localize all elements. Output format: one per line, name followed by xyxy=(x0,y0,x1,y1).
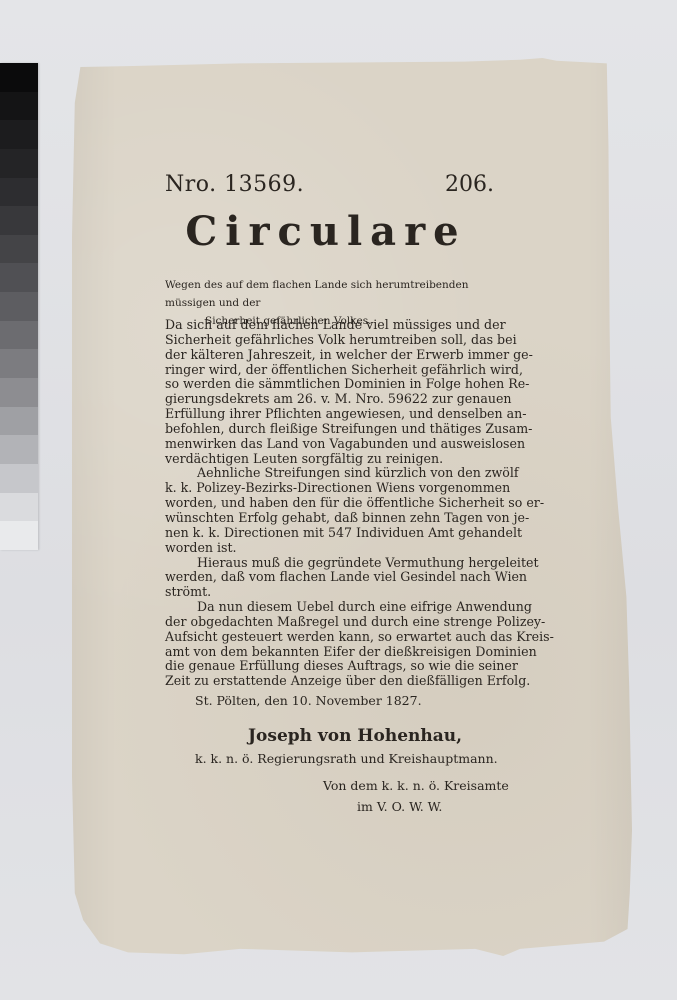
document-title: Circulare xyxy=(165,208,487,255)
body-line: strömt. xyxy=(165,585,487,600)
page-number: 206. xyxy=(445,172,494,197)
gray-scale-patch xyxy=(0,464,38,493)
gray-scale-patch xyxy=(0,206,38,235)
body-line: worden, und haben den für die öffentlich… xyxy=(165,496,487,511)
body-line: gierungsdekrets am 26. v. M. Nro. 59622 … xyxy=(165,392,487,407)
signer-title: k. k. n. ö. Regierungsrath und Kreishaup… xyxy=(195,751,498,766)
gray-scale-calibration-strip xyxy=(0,63,38,550)
body-line: k. k. Polizey-Bezirks-Directionen Wiens … xyxy=(165,481,487,496)
date-place-line: St. Pölten, den 10. November 1827. xyxy=(195,693,422,708)
body-line: der kälteren Jahreszeit, in welcher der … xyxy=(165,348,487,363)
gray-scale-patch xyxy=(0,493,38,522)
body-line: Aehnliche Streifungen sind kürzlich von … xyxy=(165,466,487,481)
body-line: ringer wird, der öffentlichen Sicherheit… xyxy=(165,363,487,378)
body-line: verdächtigen Leuten sorgfältig zu reinig… xyxy=(165,452,487,467)
gray-scale-patch xyxy=(0,321,38,350)
gray-scale-patch xyxy=(0,149,38,178)
body-line: Zeit zu erstattende Anzeige über den die… xyxy=(165,674,487,689)
body-line: Sicherheit gefährliches Volk herumtreibe… xyxy=(165,333,487,348)
document-number: Nro. 13569. xyxy=(165,172,304,197)
body-line: so werden die sämmtlichen Dominien in Fo… xyxy=(165,377,487,392)
body-line: die genaue Erfüllung dieses Auftrags, so… xyxy=(165,659,487,674)
body-line: Erfüllung ihrer Pflichten angewiesen, un… xyxy=(165,407,487,422)
gray-scale-patch xyxy=(0,435,38,464)
gray-scale-patch xyxy=(0,120,38,149)
body-line: menwirken das Land von Vagabunden und au… xyxy=(165,437,487,452)
body-line: der obgedachten Maßregel und durch eine … xyxy=(165,615,487,630)
gray-scale-patch xyxy=(0,349,38,378)
body-line: nen k. k. Directionen mit 547 Individuen… xyxy=(165,526,487,541)
gray-scale-patch xyxy=(0,378,38,407)
body-line: Da nun diesem Uebel durch eine eifrige A… xyxy=(165,600,487,615)
body-line: Aufsicht gesteuert werden kann, so erwar… xyxy=(165,630,487,645)
gray-scale-patch xyxy=(0,292,38,321)
body-line: Hieraus muß die gegründete Vermuthung he… xyxy=(165,556,487,571)
issuing-office-line-2: im V. O. W. W. xyxy=(357,799,442,814)
body-line: Da sich auf dem flachen Lande viel müssi… xyxy=(165,318,487,333)
body-line: werden, daß vom flachen Lande viel Gesin… xyxy=(165,570,487,585)
body-line: wünschten Erfolg gehabt, daß binnen zehn… xyxy=(165,511,487,526)
subtitle-line-1: Wegen des auf dem flachen Lande sich her… xyxy=(165,279,468,309)
gray-scale-patch xyxy=(0,263,38,292)
issuing-office-line-1: Von dem k. k. n. ö. Kreisamte xyxy=(323,778,509,793)
gray-scale-patch xyxy=(0,407,38,436)
document-body: Da sich auf dem flachen Lande viel müssi… xyxy=(165,318,487,689)
gray-scale-patch xyxy=(0,92,38,121)
body-line: amt von dem bekannten Eifer der dießkrei… xyxy=(165,645,487,660)
gray-scale-patch xyxy=(0,521,38,550)
gray-scale-patch xyxy=(0,235,38,264)
gray-scale-patch xyxy=(0,63,38,92)
body-line: befohlen, durch fleißige Streifungen und… xyxy=(165,422,487,437)
body-line: worden ist. xyxy=(165,541,487,556)
gray-scale-patch xyxy=(0,178,38,207)
signer-name: Joseph von Hohenhau, xyxy=(248,726,462,746)
